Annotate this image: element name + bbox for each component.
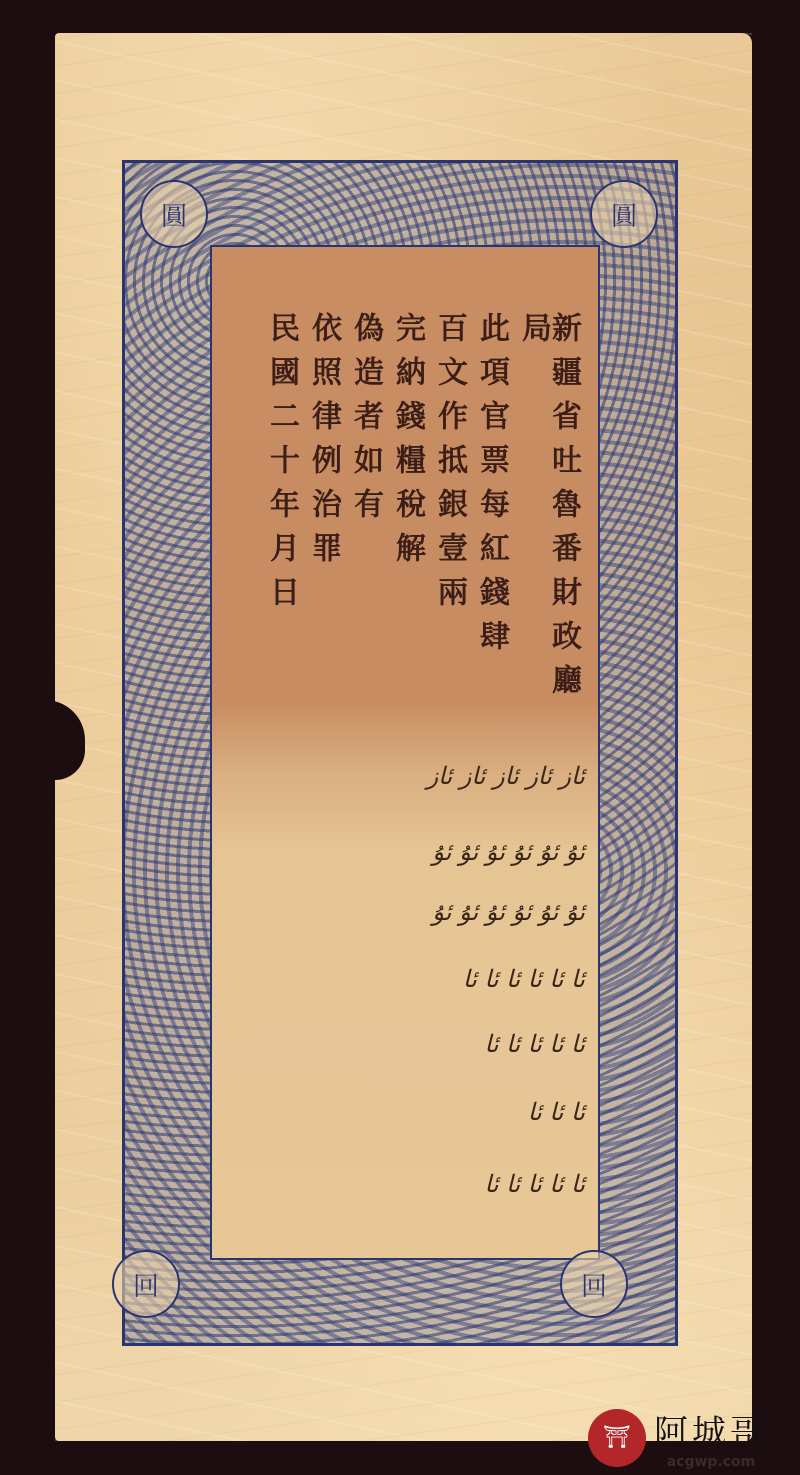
inscription-column-1: 新疆省吐魯番財政廳局 — [518, 312, 578, 732]
watermark: ⛩ 阿城哥 acgwp.com — [588, 1405, 768, 1470]
corner-medallion-top-right: 圓 — [590, 180, 658, 248]
inscription-column-6: 依照律例治罪 — [308, 312, 338, 732]
gate-tower-icon: ⛩ — [588, 1409, 646, 1467]
uyghur-line-1: ئاز ئاز ئاز ئاز ئاز — [235, 762, 585, 790]
inscription-column-3: 百文作抵銀壹兩 — [434, 312, 464, 732]
inscription-column-4: 完納錢糧稅解 — [392, 312, 422, 732]
watermark-url: acgwp.com — [667, 1454, 756, 1470]
uyghur-line-4: ئا ئا ئا ئا ئا ئا — [235, 965, 585, 993]
watermark-brand: 阿城哥 — [654, 1405, 768, 1454]
uyghur-line-6: ئا ئا ئا — [235, 1098, 585, 1126]
corner-medallion-bottom-left: 回 — [112, 1250, 180, 1318]
inscription-column-5: 偽造者如有 — [350, 312, 380, 732]
inscription-column-7: 民國二十年月日 — [266, 312, 296, 732]
uyghur-line-7: ئا ئا ئا ئا ئا — [235, 1170, 585, 1198]
chinese-inscription: 新疆省吐魯番財政廳局 此項官票每紅錢肆 百文作抵銀壹兩 完納錢糧稅解 偽造者如有… — [238, 312, 578, 732]
uyghur-line-2: ئۇ ئۇ ئۇ ئۇ ئۇ ئۇ — [235, 838, 585, 866]
uyghur-line-3: ئۇ ئۇ ئۇ ئۇ ئۇ ئۇ — [235, 898, 585, 926]
corner-medallion-bottom-right: 回 — [560, 1250, 628, 1318]
corner-medallion-top-left: 圓 — [140, 180, 208, 248]
uyghur-line-5: ئا ئا ئا ئا ئا — [235, 1030, 585, 1058]
inscription-column-2: 此項官票每紅錢肆 — [476, 312, 506, 732]
